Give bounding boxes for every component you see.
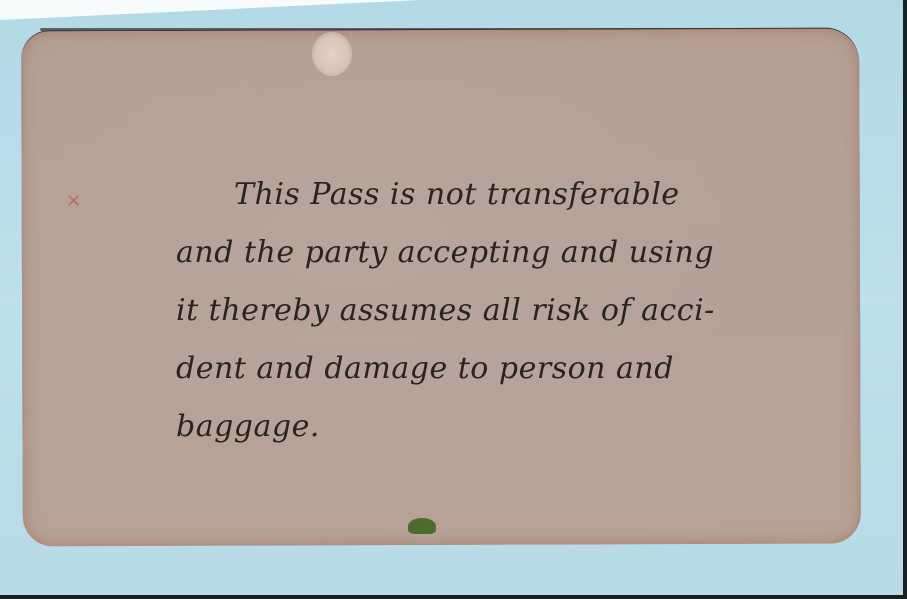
pass-text: This Pass is not transferable and the pa… [176, 166, 736, 456]
scan-edge-bottom [0, 595, 907, 599]
green-stain [408, 518, 436, 534]
paper-chip-mark [312, 32, 352, 76]
text-line-5: baggage. [176, 398, 736, 456]
text-line-2: and the party accepting and using [176, 224, 736, 282]
text-line-4: dent and damage to person and [176, 340, 736, 398]
red-x-mark: × [66, 190, 90, 214]
text-line-1: This Pass is not transferable [176, 166, 736, 224]
scan-edge-right [903, 0, 907, 599]
text-line-3: it thereby assumes all risk of acci- [176, 282, 736, 340]
